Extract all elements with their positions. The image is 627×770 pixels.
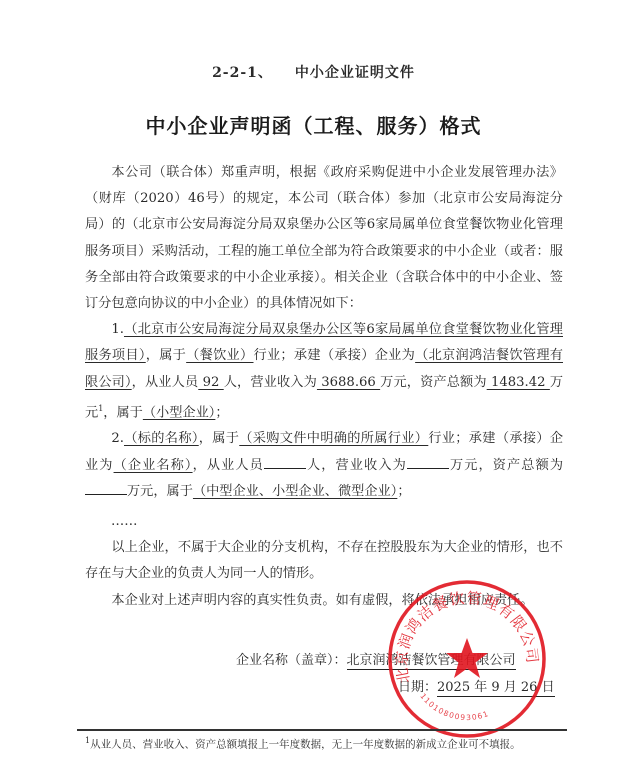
section-heading: 2-2-1、中小企业证明文件 bbox=[0, 62, 627, 82]
signing-company-name: 北京润鸿洁餐饮管理有限公司 bbox=[347, 653, 516, 670]
enterprise-item-1: 1.（北京市公安局海淀分局双泉堡办公区等6家局属单位食堂餐饮物业化管理服务项目）… bbox=[85, 317, 563, 426]
ellipsis: …… bbox=[85, 509, 563, 535]
item2-project: （标的名称） bbox=[124, 431, 199, 446]
signing-date: 2025 年 9 月 26 日 bbox=[437, 680, 555, 697]
footnote: 1从业人员、营业收入、资产总额填报上一年度数据，无上一年度数据的新成立企业可不填… bbox=[85, 733, 565, 753]
company-seal-label: 企业名称（盖章）： bbox=[236, 653, 347, 668]
footnote-text: 从业人员、营业收入、资产总额填报上一年度数据，无上一年度数据的新成立企业可不填报… bbox=[90, 739, 521, 751]
item1-size: （小型企业） bbox=[143, 405, 216, 420]
section-title: 中小企业证明文件 bbox=[295, 65, 415, 81]
item1-revenue: 3688.66 bbox=[317, 375, 380, 390]
closing-paragraph-2: 本企业对上述声明内容的真实性负责。如有虚假，将依法承担相应责任。 bbox=[85, 588, 563, 614]
document-page: 2-2-1、中小企业证明文件 中小企业声明函（工程、服务）格式 本公司（联合体）… bbox=[0, 0, 627, 770]
item1-industry: （餐饮业） bbox=[186, 348, 253, 363]
signature-block: 企业名称（盖章）：北京润鸿洁餐饮管理有限公司 bbox=[236, 648, 516, 674]
document-title: 中小企业声明函（工程、服务）格式 bbox=[0, 110, 627, 139]
item1-employees: 92 bbox=[198, 375, 223, 390]
closing-paragraph-1: 以上企业，不属于大企业的分支机构，不存在控股股东为大企业的情形，也不存在与大企业… bbox=[85, 535, 563, 587]
item2-employees-blank bbox=[264, 454, 306, 469]
declaration-body: 本公司（联合体）郑重声明，根据《政府采购促进中小企业发展管理办法》（财库（202… bbox=[85, 160, 563, 614]
item2-company: （企业名称） bbox=[114, 458, 193, 473]
date-label: 日期： bbox=[398, 680, 437, 695]
item2-revenue-blank bbox=[407, 454, 449, 469]
section-number: 2-2-1、 bbox=[212, 65, 273, 81]
intro-paragraph: 本公司（联合体）郑重声明，根据《政府采购促进中小企业发展管理办法》（财库（202… bbox=[85, 160, 563, 317]
footnote-divider bbox=[77, 729, 567, 731]
item1-assets: 1483.42 bbox=[487, 375, 550, 390]
enterprise-item-2: 2.（标的名称），属于（采购文件中明确的所属行业）行业；承建（承接）企业为（企业… bbox=[85, 426, 563, 505]
item2-industry: （采购文件中明确的所属行业） bbox=[239, 431, 428, 446]
date-row: 日期：2025 年 9 月 26 日 bbox=[398, 676, 555, 695]
item2-size: （中型企业、小型企业、微型企业） bbox=[193, 484, 397, 499]
item2-assets-blank bbox=[85, 480, 127, 495]
